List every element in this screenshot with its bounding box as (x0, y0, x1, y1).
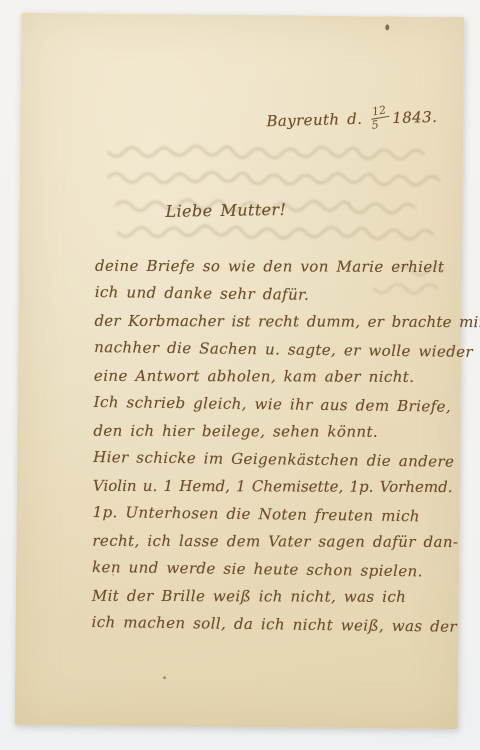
letter-paper-sheet: Bayreuth d. 12 5 1843. Liebe Mutter! dei… (15, 13, 465, 729)
letter-body-line: ich machen soll, da ich nicht weiß, was … (91, 608, 463, 640)
paper-speck (163, 676, 166, 679)
paper-speck (385, 24, 389, 30)
letter-body: deine Briefe so wie den von Marie erhiel… (91, 252, 467, 641)
letter-body-line: Ich schrieb gleich, wie ihr aus dem Brie… (94, 388, 466, 420)
letter-dateline: Bayreuth d. 12 5 1843. (266, 104, 437, 133)
ink-bleedthrough-block (29, 141, 453, 253)
ink-bleedthrough-line (29, 222, 437, 242)
letter-body-line: Mit der Brille weiß ich nicht, was ich (92, 583, 464, 612)
letter-body-line: Hier schicke im Geigenkästchen die ander… (93, 443, 465, 475)
dateline-day: 12 (369, 104, 389, 120)
dateline-place: Bayreuth d. (266, 109, 362, 129)
dateline-date-fraction: 12 5 (368, 105, 387, 130)
letter-body-line: recht, ich lasse dem Vater sagen dafür d… (92, 528, 464, 557)
ink-bleedthrough-line (30, 141, 430, 161)
letter-body-line: ich und danke sehr dafür. (95, 278, 467, 310)
letter-body-line: den ich hier beilege, sehen könnt. (93, 418, 465, 447)
ink-bleedthrough-line (30, 168, 442, 188)
dateline-month: 5 (371, 118, 380, 131)
letter-body-line: ken und werde sie heute schon spielen. (92, 553, 464, 585)
letter-body-line: der Korbmacher ist recht dumm, er bracht… (94, 308, 466, 337)
letter-body-line: deine Briefe so wie den von Marie erhiel… (95, 253, 467, 282)
letter-body-line: Violin u. 1 Hemd, 1 Chemisette, 1p. Vorh… (93, 473, 465, 502)
dateline-year: 1843. (392, 107, 437, 126)
letter-body-line: nachher die Sachen u. sagte, er wolle wi… (94, 333, 466, 365)
letter-body-line: 1p. Unterhosen die Noten freuten mich (92, 498, 464, 530)
letter-salutation: Liebe Mutter! (165, 200, 286, 221)
letter-body-line: eine Antwort abholen, kam aber nicht. (94, 363, 466, 392)
